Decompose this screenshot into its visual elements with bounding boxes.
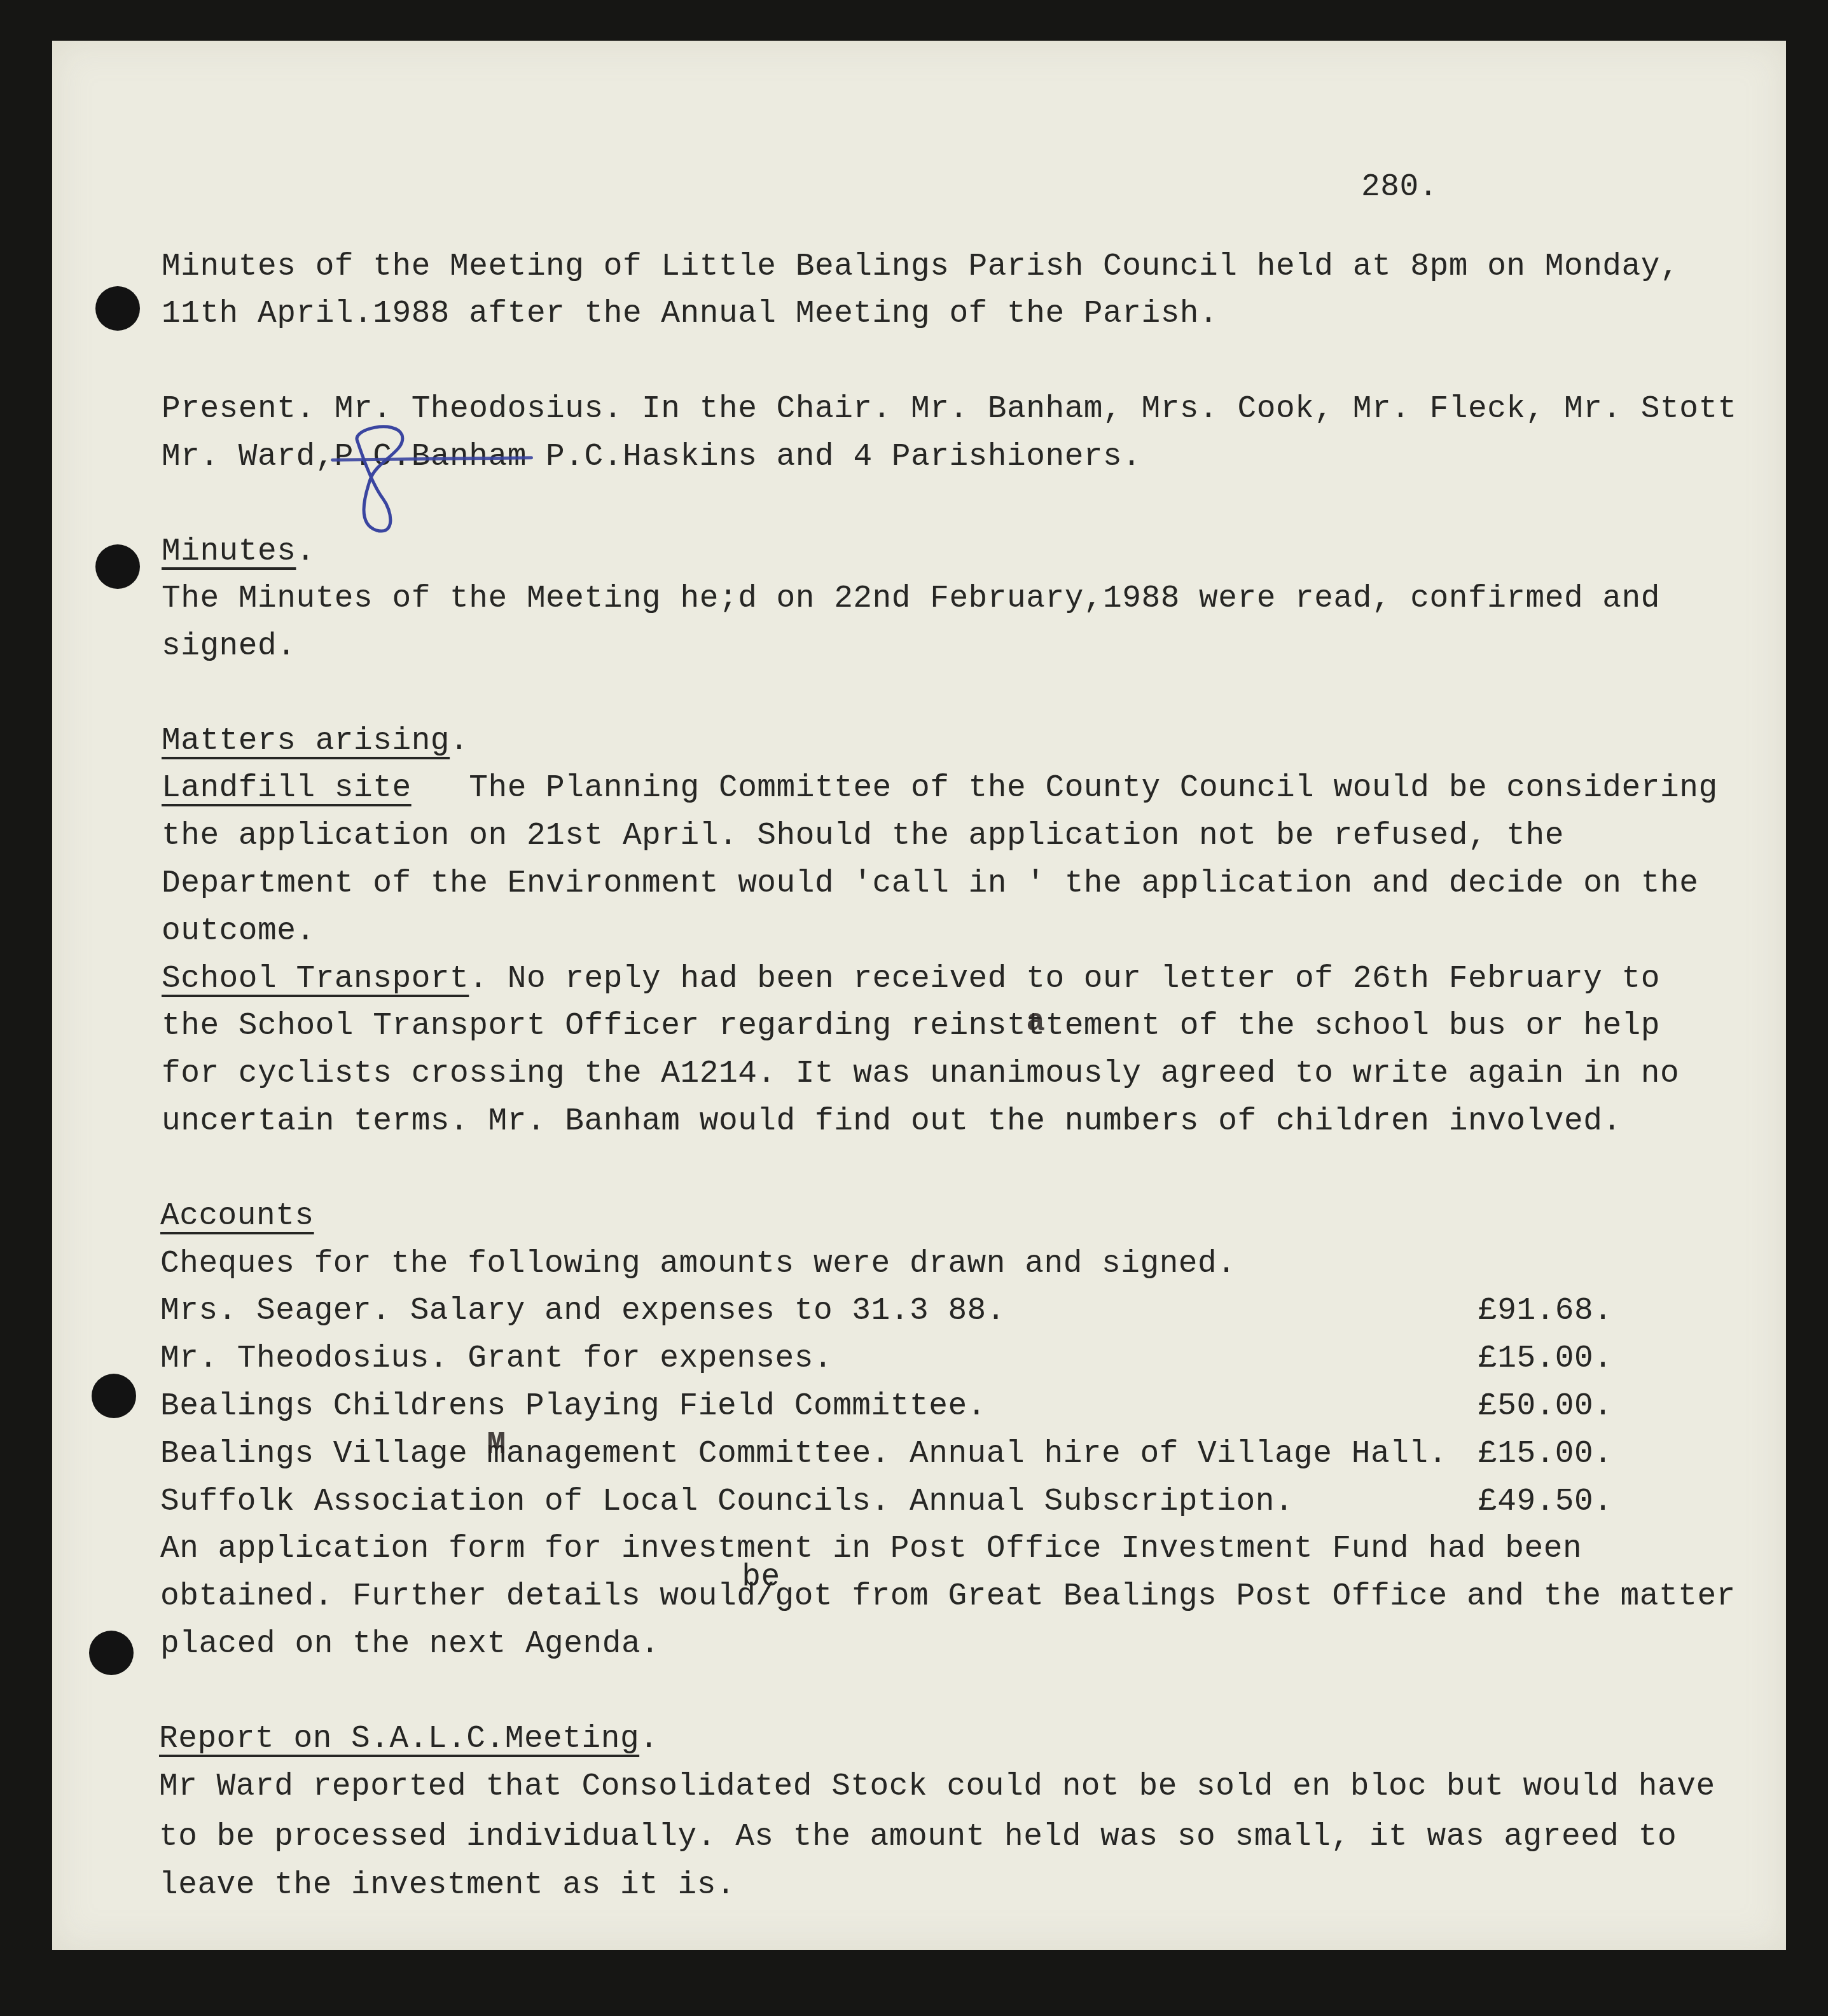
punch-hole (89, 1631, 134, 1675)
investment-line-2: obtained. Further details would/begot fr… (160, 1581, 1736, 1613)
landfill-line-3: Department of the Environment would 'cal… (162, 868, 1698, 900)
minutes-heading: Minutes. (162, 536, 315, 568)
accounts-heading: Accounts (160, 1201, 314, 1232)
overstrike-correction: ta (1026, 1011, 1045, 1042)
cheque-payee: Bealings Childrens Playing Field Committ… (160, 1391, 987, 1423)
matters-arising-heading-text: Matters arising (162, 723, 450, 759)
investment-line-1: An application form for investment in Po… (160, 1533, 1582, 1565)
school-transport-line-2: the School Transport Officer regarding r… (162, 1011, 1660, 1042)
salc-line-2: to be processed individually. As the amo… (159, 1821, 1677, 1853)
correction-char: a (1026, 1007, 1045, 1039)
salc-line-1: Mr Ward reported that Consolidated Stock… (159, 1771, 1715, 1803)
salc-line-3: leave the investment as it is. (159, 1870, 735, 1902)
cheque-payee: Mr. Theodosius. Grant for expenses. (160, 1343, 833, 1375)
cheque-amount: £15.00. (1478, 1343, 1612, 1375)
school-transport-subheading: School Transport (162, 961, 469, 997)
salc-heading: Report on S.A.L.C.Meeting. (159, 1723, 658, 1755)
page-number: 280. (1361, 172, 1438, 204)
present-line-2: Mr. Ward,P.C.Banham P.C.Haskins and 4 Pa… (162, 441, 1141, 473)
punch-hole (95, 286, 140, 331)
landfill-line-1-rest: The Planning Committee of the County Cou… (412, 770, 1718, 806)
punch-hole (92, 1374, 136, 1418)
school-transport-line-2b: tement of the school bus or help (1045, 1008, 1660, 1044)
landfill-subheading: Landfill site (162, 770, 412, 806)
correction-char: M (487, 1430, 506, 1461)
minutes-line-1: The Minutes of the Meeting he;d on 22nd … (162, 583, 1660, 615)
handwritten-deletion-mark-icon (332, 422, 421, 537)
school-transport-line-1: School Transport. No reply had been rece… (162, 963, 1660, 995)
salc-heading-suffix: . (639, 1721, 658, 1757)
cheque-payee: Suffolk Association of Local Councils. A… (160, 1486, 1294, 1518)
investment-line-3: placed on the next Agenda. (160, 1629, 660, 1660)
cheque-payee-a: Bealings Village (160, 1436, 487, 1472)
landfill-line-1: Landfill site The Planning Committee of … (162, 773, 1718, 804)
cheque-payee-b: anagement Committee. Annual hire of Vill… (506, 1436, 1448, 1472)
school-transport-line-1-rest: . No reply had been received to our lett… (469, 961, 1660, 997)
cheque-amount: £15.00. (1478, 1439, 1612, 1470)
minutes-heading-text: Minutes (162, 534, 296, 569)
school-transport-line-3: for cyclists crossing the A1214. It was … (162, 1058, 1679, 1090)
school-transport-line-4: uncertain terms. Mr. Banham would find o… (162, 1106, 1622, 1138)
school-transport-line-2a: the School Transport Officer regarding r… (162, 1008, 1026, 1044)
present-suffix: P.C.Haskins and 4 Parishioners. (527, 439, 1142, 474)
intro-line-1: Minutes of the Meeting of Little Bealing… (162, 251, 1679, 283)
cheque-amount: £49.50. (1478, 1486, 1612, 1518)
intro-line-2: 11th April.1988 after the Annual Meeting… (162, 298, 1218, 330)
cheque-amount: £91.68. (1478, 1295, 1612, 1327)
accounts-intro: Cheques for the following amounts were d… (160, 1248, 1236, 1280)
punch-hole (95, 544, 140, 589)
inserted-word: /be (756, 1581, 775, 1613)
present-line-1: Present. Mr. Theodosius. In the Chair. M… (162, 394, 1737, 425)
overstrike-correction: mM (487, 1439, 506, 1470)
minutes-page: 280. Minutes of the Meeting of Little Be… (52, 41, 1786, 1950)
minutes-heading-suffix: . (296, 534, 315, 569)
investment-line-2a: obtained. Further details would (160, 1578, 756, 1614)
salc-heading-text: Report on S.A.L.C.Meeting (159, 1721, 639, 1757)
landfill-line-2: the application on 21st April. Should th… (162, 820, 1564, 852)
investment-line-2b: got from Great Bealings Post Office and … (775, 1578, 1736, 1614)
inserted-text: be (742, 1562, 780, 1594)
minutes-line-2: signed. (162, 631, 296, 663)
cheque-payee: Bealings Village mManagement Committee. … (160, 1439, 1448, 1470)
landfill-line-4: outcome. (162, 916, 315, 948)
cheque-payee: Mrs. Seager. Salary and expenses to 31.3… (160, 1295, 1006, 1327)
cheque-amount: £50.00. (1478, 1391, 1612, 1423)
present-prefix: Mr. Ward, (162, 439, 335, 474)
matters-arising-heading: Matters arising. (162, 726, 469, 757)
matters-arising-heading-suffix: . (450, 723, 469, 759)
